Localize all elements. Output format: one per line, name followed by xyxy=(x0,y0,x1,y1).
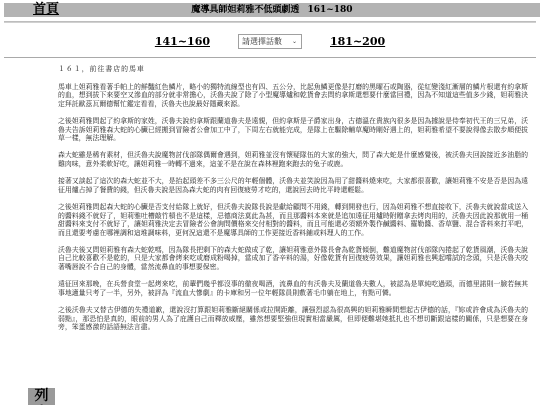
prev-range-link[interactable]: 141~160 xyxy=(155,35,210,48)
chapter-navigation: 141~160 請選擇話數 ⌄ 181~200 xyxy=(0,32,540,50)
chapter-range: 161~180 xyxy=(307,5,352,15)
paragraph: 沃魯夫後又問妲莉雅有森大蛇乾嗎，因為隊長把剩下的森大蛇做成了乾，讓妲莉雅意外隊長… xyxy=(58,246,528,272)
chapter-select-placeholder: 請選擇話數 xyxy=(242,37,282,46)
paragraph: 之後妲莉雅問起森大蛇的心臟是否支付給隊上就好，但沃魯夫說隊長說是獻給顧問不用錢，… xyxy=(58,203,528,237)
paragraph: 之後妲莉雅問起了約拿斯的家姓，沃魯夫說約拿斯跟蘭道魯夫是遠親，但約拿斯是子爵家出… xyxy=(58,117,528,143)
paragraph: 接著又談起了這次的森大蛇並不大，是抬起頭差不多三公尺的年輕個體，沃魯夫並笑說因為… xyxy=(58,177,528,194)
chapter-select[interactable]: 請選擇話數 ⌄ xyxy=(238,34,302,49)
next-range-link[interactable]: 181~200 xyxy=(330,35,385,48)
chapter-content: １６１，前往書店的馬車 馬車上妲莉雅看著手帕上的鮮豔紅色鱗片，略小的獨特流線型也… xyxy=(58,65,528,340)
paragraph: 遠征回來那晚，在兵營食堂一起烤來吃，前輩們幾乎都沒事的徹夜喝酒，流鼻血的有沃魯夫… xyxy=(58,280,528,297)
page-title: 魔導具師妲莉雅不低頭劇透161~180 xyxy=(4,3,540,17)
list-button[interactable]: 列表 xyxy=(28,388,55,405)
novel-title: 魔導具師妲莉雅不低頭劇透 xyxy=(191,5,299,15)
paragraph: 之後沃魯夫又替古伊德的失禮道歉，還說沒打算跟妲莉雅斷絕關係或拉開距離，讓强烈認為… xyxy=(58,306,528,332)
home-link[interactable]: 首頁 xyxy=(30,3,62,17)
paragraph: 森大蛇雖是稀有素材，但沃魯夫說魔物討伐部隊偶爾會遇到，妲莉雅並沒有懷疑隊伍的大家… xyxy=(58,151,528,168)
chapter-heading: １６１，前往書店的馬車 xyxy=(58,65,528,74)
divider xyxy=(4,21,536,23)
header-bar: 魔導具師妲莉雅不低頭劇透161~180 首頁 xyxy=(4,3,540,17)
chevron-down-icon: ⌄ xyxy=(292,35,297,48)
divider xyxy=(4,57,536,58)
paragraph: 馬車上妲莉雅看著手帕上的鮮豔紅色鱗片，略小的獨特流線型也有四、五公分，比起魚鱗更… xyxy=(58,83,528,109)
